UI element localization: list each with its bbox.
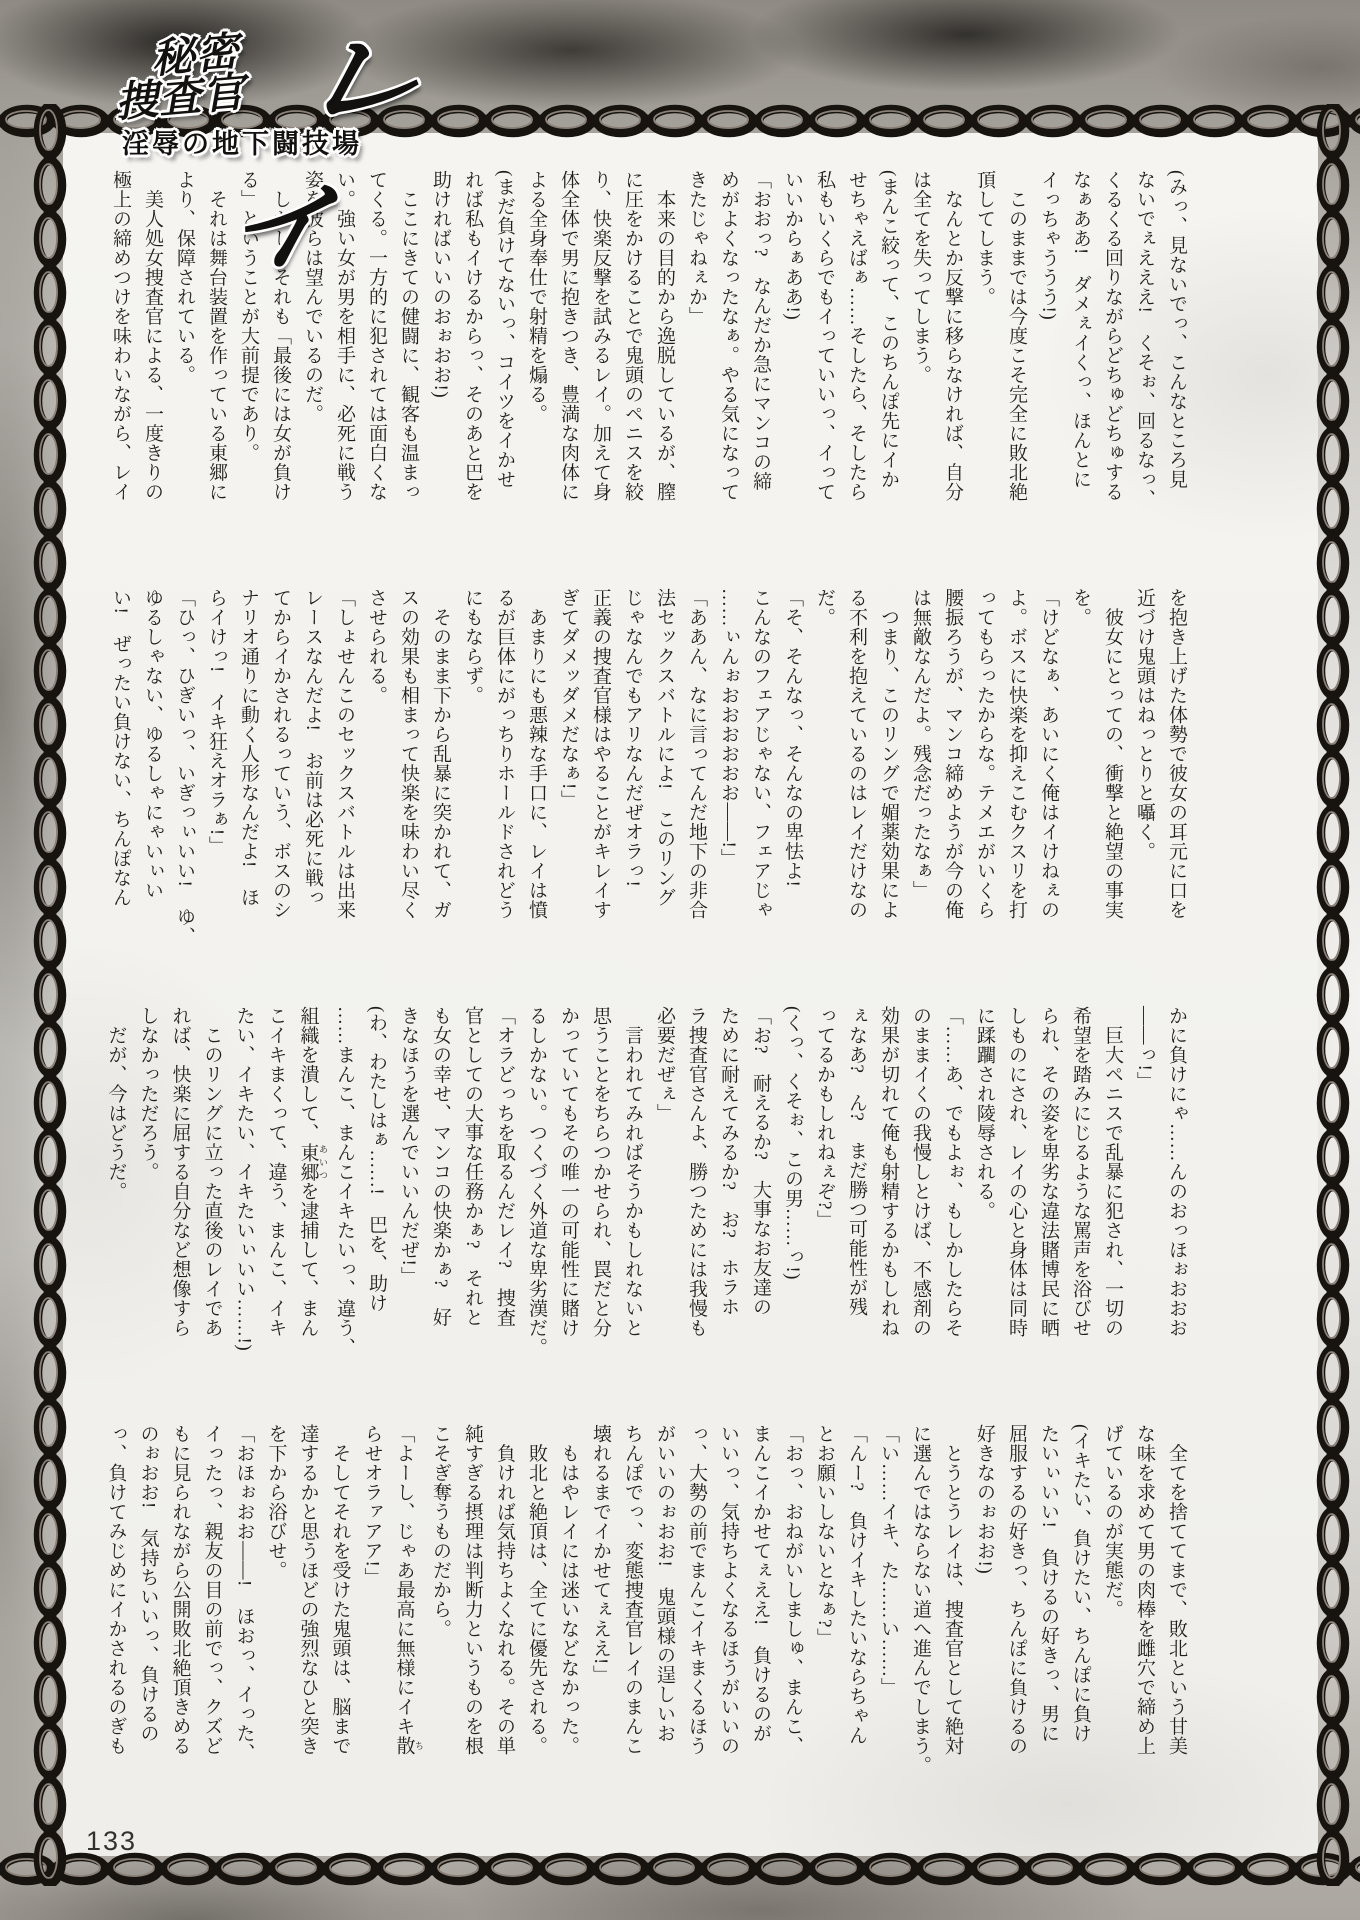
text-column: もに見られながら公開敗北絶頂きめる [164, 1424, 196, 1842]
text-column: (みっ、見ないでっ、こんなところ見 [1160, 170, 1192, 588]
text-column: も女の幸せ、マンコの快楽かぁ? 好 [424, 1006, 456, 1424]
text-column: しものにされ、レイの心と身体は同時 [1000, 1006, 1032, 1424]
text-column: とお願いしないとなぁ?」 [808, 1424, 840, 1842]
text-column: せちゃえばぁ……そしたら、そしたら [840, 170, 872, 588]
text-column: ……まんこ、まんこイキたいっ、違う、 [328, 1006, 360, 1424]
text-column: 「オラどっちを取るんだレイ? 捜査 [488, 1006, 520, 1424]
text-column: しなかっただろう。 [132, 1006, 164, 1424]
text-column: らせオラァアア!」 [356, 1424, 388, 1842]
text-column: (まだ負けてないっ、コイツをイかせ [488, 170, 520, 588]
text-column: 思うことをちらつかせられ、罠だと分 [584, 1006, 616, 1424]
text-column: 「んー? 負けイキしたいならちゃん [840, 1424, 872, 1842]
text-band-4: 全てを捨ててまで、敗北という甘美な味を求めて男の肉棒を雌穴で締め上げているのが実… [100, 1424, 1193, 1842]
text-column: イったっ、親友の目の前でっ、クズど [196, 1424, 228, 1842]
text-column: 巨大ペニスで乱暴に犯され、一切の [1096, 1006, 1128, 1424]
text-column: い! ぜったい負けない、ちんぽなん [104, 588, 136, 1006]
text-column: 私もいくらでもイっていいっ、イって [808, 170, 840, 588]
text-column: 近づけ鬼頭はねっとりと囁く。 [1128, 588, 1160, 1006]
text-column: 達するかと思うほどの強烈なひと突き [292, 1424, 324, 1842]
text-column: 好きなのぉおお!) [968, 1424, 1000, 1842]
text-column: に蹂躙され陵辱される。 [968, 1006, 1000, 1424]
chain-border-bottom [0, 1852, 1360, 1886]
text-column: 「しょせんこのセックスバトルは出来 [328, 588, 360, 1006]
text-column: このままでは今度こそ完全に敗北絶 [1000, 170, 1032, 588]
text-column: よる全身奉仕で射精を煽る。 [520, 170, 552, 588]
text-column: っ、大勢の前でまんこイキまくるほう [680, 1424, 712, 1842]
text-column: ぇなあ? ん? まだ勝つ可能性が残 [840, 1006, 872, 1424]
text-column: 「よーし、じゃあ最高に無様にイキ散ち [388, 1424, 425, 1842]
text-column: 美人処女捜査官による、一度きりの [136, 170, 168, 588]
text-column: な味を求めて男の肉棒を雌穴で締め上 [1128, 1424, 1160, 1842]
text-column: それは舞台装置を作っている東郷に [200, 170, 232, 588]
text-column: こんなのフェアじゃない、フェアじゃ [744, 588, 776, 1006]
text-column: に選んではならない道へ進んでしまう。 [904, 1424, 936, 1842]
text-column: がいいのぉおお! 鬼頭様の逞しいお [648, 1424, 680, 1842]
text-column: なぁああ! ダメぇイくっ、ほんとに [1064, 170, 1096, 588]
text-column: 敗北と絶頂は、全てに優先される。 [520, 1424, 552, 1842]
text-column: たいぃいい! 負けるの好きっ、男に [1032, 1424, 1064, 1842]
text-column: くるくる回りながらどちゅどちゅする [1096, 170, 1128, 588]
text-column: 極上の締めつけを味わいながら、レイ [104, 170, 136, 588]
text-column: だ。 [808, 588, 840, 1006]
text-column: 「おほぉおお――! ほおっ、イった、 [228, 1424, 260, 1842]
text-column: いいからぁああ!) [776, 170, 808, 588]
text-column: れば私もイけるからっ、そのあと巴を [456, 170, 488, 588]
text-column: より、保障されている。 [168, 170, 200, 588]
text-column: 組織を潰して、東郷あいつを逮捕して、まん [292, 1006, 329, 1424]
text-column: ために耐えてみるか? お? ホラホ [712, 1006, 744, 1424]
text-column: こそぎ奪うものだから。 [424, 1424, 456, 1842]
text-column: 「そ、そんなっ、そんなの卑怯よ! [776, 588, 808, 1006]
text-column: 「おっ、おねがいしましゅ、まんこ、 [776, 1424, 808, 1842]
text-column: じゃなんでもアリなんだぜオラっ! [616, 588, 648, 1006]
text-column: (くっ、くそぉ、この男……っ!) [776, 1006, 808, 1424]
text-column: 頂してしまう。 [968, 170, 1000, 588]
text-column: 「……あ、でもよぉ、もしかしたらそ [936, 1006, 968, 1424]
text-column: このリングに立った直後のレイであ [196, 1006, 228, 1424]
text-column: っ、負けてみじめにイかされるのぎも [100, 1424, 132, 1842]
text-column: る不利を抱えているのはレイだけなの [840, 588, 872, 1006]
text-column: は無敵なんだよ。残念だったなぁ」 [904, 588, 936, 1006]
text-column: とうとうレイは、捜査官として絶対 [936, 1424, 968, 1842]
text-band-3: かに負けにゃ……んのおっほぉおおお――っ!」 巨大ペニスで乱暴に犯され、一切の希… [100, 1006, 1193, 1424]
text-column: かっていてもその唯一の可能性に賭け [552, 1006, 584, 1424]
page-number: 133 [86, 1826, 137, 1857]
text-column: 効果が切れて俺も射精するかもしれね [872, 1006, 904, 1424]
text-column: ぎてダメッダメだなぁ!」 [552, 588, 584, 1006]
text-column: レースなんだよ! お前は必死に戦っ [296, 588, 328, 1006]
text-column: ないでぇえええ! くそぉ、回るなっ、 [1128, 170, 1160, 588]
text-column: もはやレイには迷いなどなかった。 [552, 1424, 584, 1842]
text-column: (まんこ絞って、このちんぽ先にイか [872, 170, 904, 588]
text-column: を抱き上げた体勢で彼女の耳元に口を [1160, 588, 1192, 1006]
text-column: ってもらったからな。テメエがいくら [968, 588, 1000, 1006]
text-column: させられる。 [360, 588, 392, 1006]
text-column: だが、今はどうだ。 [100, 1006, 132, 1424]
text-column: ちんぽでっ、変態捜査官レイのまんこ [616, 1424, 648, 1842]
text-column: こイキまくって、違う、まんこ、イキ [260, 1006, 292, 1424]
text-column: を。 [1064, 588, 1096, 1006]
text-column: 「お? 耐えるか? 大事なお友達の [744, 1006, 776, 1424]
text-column: 希望を踏みにじるような罵声を浴びせ [1064, 1006, 1096, 1424]
text-column: 「い……イキ、た……い……」 [872, 1424, 904, 1842]
text-column: にもならず。 [456, 588, 488, 1006]
text-column: るしかない。つくづく外道な卑劣漢だ。 [520, 1006, 552, 1424]
chain-border-right [1316, 104, 1350, 1886]
text-column: (わ、わたしはぁ……! 巴を、助け [360, 1006, 392, 1424]
text-column: らイけっ! イキ狂えオラぁ!」 [200, 588, 232, 1006]
text-column: ゆるしゃない、ゆるしゃにゃいぃい [136, 588, 168, 1006]
text-column: あまりにも悪辣な手口に、レイは憤 [520, 588, 552, 1006]
text-column: つまり、このリングで媚薬効果によ [872, 588, 904, 1006]
logo-subtitle: 淫辱の地下闘技場 [122, 122, 362, 161]
text-column: のぉおお! 気持ちいいっ、負けるの [132, 1424, 164, 1842]
logo-title-line2: 捜査官 [115, 58, 255, 129]
text-column: り、快楽反撃を試みるレイ。加えて身 [584, 170, 616, 588]
text-column: を下から浴びせ。 [260, 1424, 292, 1842]
text-column: そのまま下から乱暴に突かれて、ガ [424, 588, 456, 1006]
text-column: 「けどなぁ、あいにく俺はイけねぇの [1032, 588, 1064, 1006]
text-column: ナリオ通りに動く人形なんだよ! ほ [232, 588, 264, 1006]
text-band-2: を抱き上げた体勢で彼女の耳元に口を近づけ鬼頭はねっとりと囁く。 彼女にとっての、… [104, 588, 1192, 1006]
text-column: 助ければいいのおぉおお!) [424, 170, 456, 588]
text-column: (イキたい、負けたい、ちんぽに負け [1064, 1424, 1096, 1842]
text-column: のままイくの我慢しとけば、不感剤の [904, 1006, 936, 1424]
text-column: 必要だぜぇ」 [648, 1006, 680, 1424]
book-page: { "colors":{"paper":"#f2f1ed","ink":"#20… [0, 0, 1360, 1920]
text-column: 「ひっ、ひぎいっ、いぎっぃいい! ゆ、 [168, 588, 200, 1006]
text-column: れば、快楽に屈する自分など想像すら [164, 1006, 196, 1424]
text-column: 法セックスバトルによ! このリング [648, 588, 680, 1006]
text-column: ってるかもしれねぇぞ?」 [808, 1006, 840, 1424]
text-column: まんこイかせてぇええ! 負けるのが [744, 1424, 776, 1842]
text-column: ……ぃんぉおおおおおお――!」 [712, 588, 744, 1006]
text-column: 負ければ気持ちよくなれる。その単 [488, 1424, 520, 1842]
text-column: に圧をかけることで鬼頭のペニスを絞 [616, 170, 648, 588]
text-column: 言われてみればそうかもしれないと [616, 1006, 648, 1424]
text-column: イっちゃううう!) [1032, 170, 1064, 588]
text-column: ――っ!」 [1128, 1006, 1160, 1424]
text-column: 体全体で男に抱きつき、豊満な肉体に [552, 170, 584, 588]
text-column: ラ捜査官さんよ、勝つためには我慢も [680, 1006, 712, 1424]
text-column: よ。ボスに快楽を抑えこむクスリを打 [1000, 588, 1032, 1006]
text-column: 壊れるまでイかせてぇええ!」 [584, 1424, 616, 1842]
text-column: きたじゃねぇか」 [680, 170, 712, 588]
text-column: られ、その姿を卑劣な違法賭博民に晒 [1032, 1006, 1064, 1424]
text-column: 純すぎる摂理は判断力というものを根 [456, 1424, 488, 1842]
text-column: 全てを捨ててまで、敗北という甘美 [1160, 1424, 1192, 1842]
text-column: そしてそれを受けた鬼頭は、脳まで [324, 1424, 356, 1842]
text-column: てからイかされるっていう、ボスのシ [264, 588, 296, 1006]
text-column: かに負けにゃ……んのおっほぉおおお [1160, 1006, 1192, 1424]
text-column: は全てを失ってしまう。 [904, 170, 936, 588]
series-logo: 秘密 捜査官 レイ 淫辱の地下闘技場 [58, 6, 458, 166]
chain-border-left [33, 104, 67, 1886]
text-column: げているのが実態だ。 [1096, 1424, 1128, 1842]
text-column: スの効果も相まって快楽を味わい尽く [392, 588, 424, 1006]
text-column: 「ああん、なに言ってんだ地下の非合 [680, 588, 712, 1006]
text-column: 彼女にとっての、衝撃と絶望の事実 [1096, 588, 1128, 1006]
text-column: 「おおっ? なんだか急にマンコの締 [744, 170, 776, 588]
text-column: 屈服するの好きっ、ちんぽに負けるの [1000, 1424, 1032, 1842]
text-column: 正義の捜査官様はやることがキレイす [584, 588, 616, 1006]
text-column: いいっ、気持ちよくなるほうがいいの [712, 1424, 744, 1842]
text-column: めがよくなったなぁ。やる気になって [712, 170, 744, 588]
text-column: 腰振ろうが、マンコ締めようが今の俺 [936, 588, 968, 1006]
text-column: 官としての大事な任務かぁ? それと [456, 1006, 488, 1424]
text-column: たい、イキたい、イキたいぃいい……!) [228, 1006, 260, 1424]
text-column: きなほうを選んでいいんだぜ!」 [392, 1006, 424, 1424]
text-column: 本来の目的から逸脱しているが、膣 [648, 170, 680, 588]
text-column: なんとか反撃に移らなければ、自分 [936, 170, 968, 588]
text-column: るが巨体にがっちりホールドされどう [488, 588, 520, 1006]
